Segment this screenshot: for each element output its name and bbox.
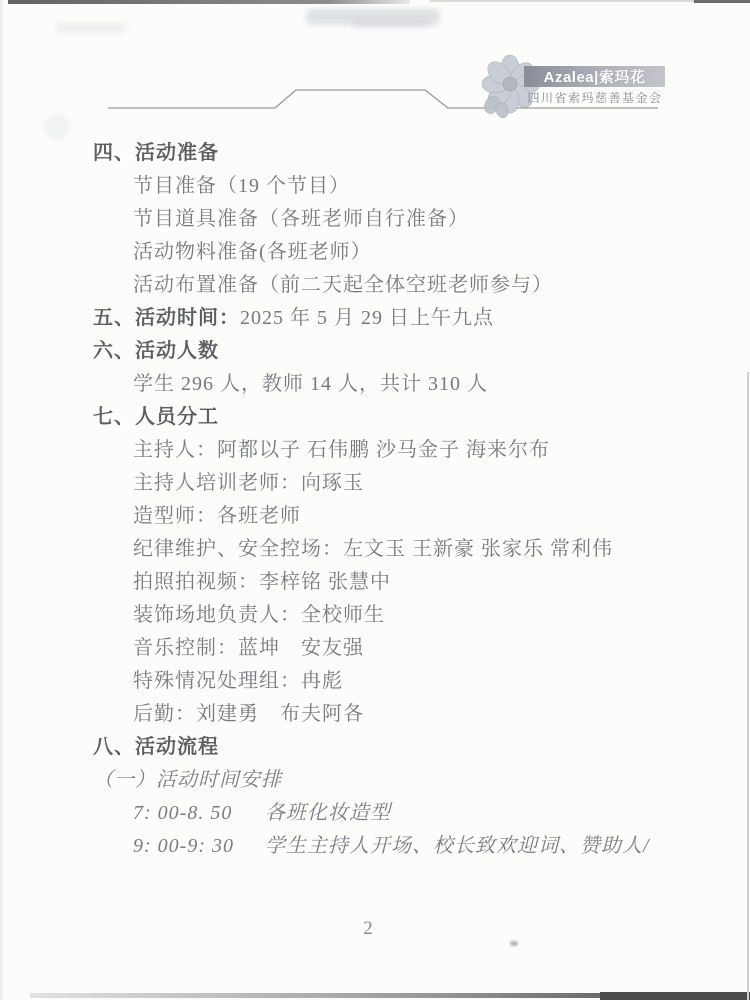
logo-organization-name: 四川省索玛慈善基金会	[522, 89, 668, 106]
schedule-time: 7: 00-8. 50	[133, 797, 265, 830]
section-4-item: 节目道具准备（各班老师自行准备）	[93, 203, 673, 236]
section-8-subheading: （一）活动时间安排	[93, 764, 673, 797]
scanned-document-page: Azalea|索玛花 四川省索玛慈善基金会 四、活动准备 节目准备（19 个节目…	[0, 0, 750, 1000]
schedule-row: 9: 00-9: 30学生主持人开场、校长致欢迎词、赞助人/	[93, 830, 673, 863]
section-8-heading: 八、活动流程	[93, 731, 673, 764]
section-4-item: 活动布置准备（前二天起全体空班老师参与）	[93, 269, 673, 302]
logo-brand-banner: Azalea|索玛花	[524, 66, 665, 87]
foundation-logo: Azalea|索玛花 四川省索玛慈善基金会	[477, 50, 672, 116]
schedule-row: 7: 00-8. 50各班化妆造型	[93, 797, 673, 830]
scan-speck	[510, 941, 518, 946]
scan-edge-right	[747, 372, 749, 1000]
section-7-item: 装饰场地负责人：全校师生	[93, 599, 673, 632]
section-7-item: 纪律维护、安全控场：左文玉 王新豪 张家乐 常利伟	[93, 533, 673, 566]
section-5-heading-line: 五、活动时间：2025 年 5 月 29 日上午九点	[93, 302, 673, 335]
section-4-heading: 四、活动准备	[93, 137, 673, 170]
section-5-heading: 五、活动时间：	[93, 307, 240, 329]
scan-edge-bottom-right	[600, 992, 750, 1000]
section-6-heading: 六、活动人数	[93, 335, 673, 368]
schedule-desc: 各班化妆造型	[265, 802, 391, 824]
scan-edge-left	[0, 0, 4, 1000]
section-7-item: 拍照拍视频：李梓铭 张慧中	[93, 566, 673, 599]
section-7-item: 音乐控制：蓝坤 安友强	[93, 632, 673, 665]
section-7-item: 造型师：各班老师	[93, 500, 673, 533]
document-body: 四、活动准备 节目准备（19 个节目） 节目道具准备（各班老师自行准备） 活动物…	[93, 137, 673, 863]
schedule-desc: 学生主持人开场、校长致欢迎词、赞助人/	[265, 835, 650, 857]
section-7-item: 主持人：阿都以子 石伟鹏 沙马金子 海来尔布	[93, 434, 673, 467]
page-number: 2	[0, 918, 736, 940]
section-7-item: 主持人培训老师：向琢玉	[93, 467, 673, 500]
section-6-value: 学生 296 人，教师 14 人，共计 310 人	[93, 368, 673, 401]
section-7-heading: 七、人员分工	[93, 401, 673, 434]
section-7-item: 特殊情况处理组：冉彪	[93, 665, 673, 698]
section-4-item: 节目准备（19 个节目）	[93, 170, 673, 203]
section-5-value: 2025 年 5 月 29 日上午九点	[240, 307, 494, 329]
schedule-time: 9: 00-9: 30	[133, 830, 265, 863]
section-4-item: 活动物料准备(各班老师）	[93, 236, 673, 269]
section-7-item: 后勤：刘建勇 布夫阿各	[93, 698, 673, 731]
